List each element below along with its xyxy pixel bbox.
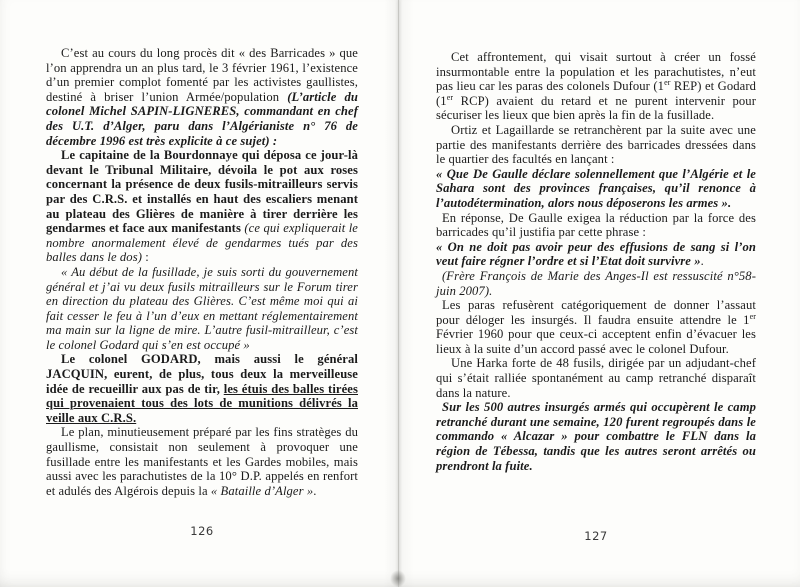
page-number-right: 127 [436, 529, 756, 543]
paragraph: Sur les 500 autres insurgés armés qui oc… [436, 400, 756, 473]
paragraph: Une Harka forte de 48 fusils, dirigée pa… [436, 356, 756, 400]
paragraph: Le capitaine de la Bourdonnaye qui dépos… [46, 148, 358, 265]
page-gutter-line [398, 0, 399, 587]
paragraph: Cet affrontement, qui visait surtout à c… [436, 50, 756, 123]
left-page: C’est au cours du long procès dit « des … [46, 46, 358, 498]
page-gutter-shadow [384, 0, 414, 587]
book-spread: C’est au cours du long procès dit « des … [0, 0, 800, 587]
paragraph: « Que De Gaulle déclare solennellement q… [436, 167, 756, 211]
paragraph: Les paras refusèrent catégoriquement de … [436, 298, 756, 356]
page-number-left: 126 [46, 524, 358, 538]
paragraph: Ortiz et Lagaillarde se retranchèrent pa… [436, 123, 756, 167]
paragraph: « Au début de la fusillade, je suis sort… [46, 265, 358, 353]
page-gutter-foot-shadow [390, 570, 406, 587]
paragraph: En réponse, De Gaulle exigea la réductio… [436, 211, 756, 240]
paragraph: « On ne doit pas avoir peur des effusion… [436, 240, 756, 269]
right-page: Cet affrontement, qui visait surtout à c… [436, 50, 756, 473]
paragraph: C’est au cours du long procès dit « des … [46, 46, 358, 148]
paragraph: Le colonel GODARD, mais aussi le général… [46, 352, 358, 425]
paragraph: (Frère François de Marie des Anges-Il es… [436, 269, 756, 298]
paragraph: Le plan, minutieusement préparé par les … [46, 425, 358, 498]
